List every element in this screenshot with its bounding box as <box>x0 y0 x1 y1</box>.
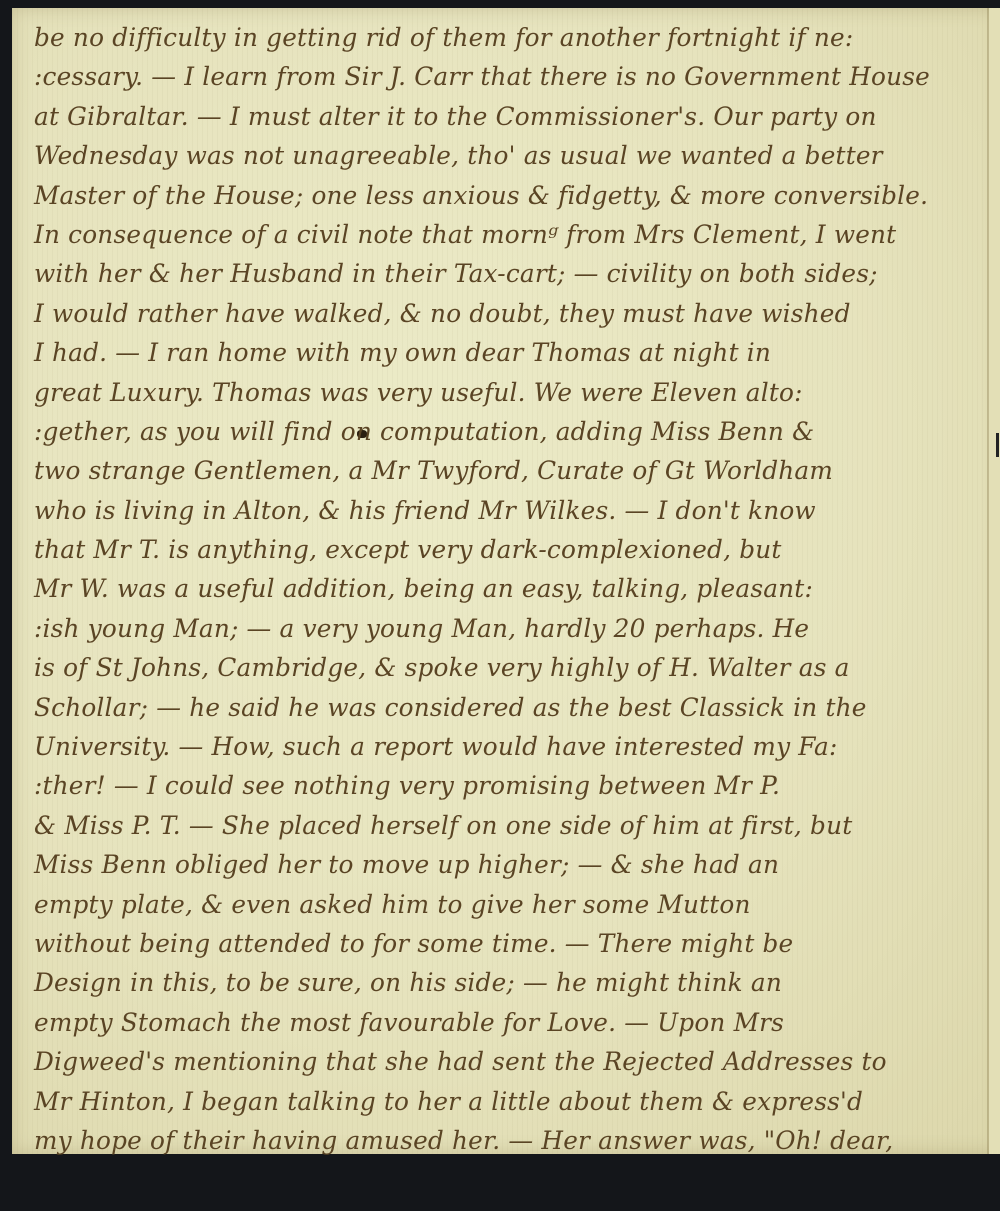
text-line: without being attended to for some time.… <box>34 924 984 963</box>
text-line: my hope of their having amused her. — He… <box>34 1121 984 1160</box>
text-line: In consequence of a civil note that morn… <box>34 215 984 254</box>
text-line: Mr W. was a useful addition, being an ea… <box>34 569 984 608</box>
text-line: :ther! — I could see nothing very promis… <box>34 766 984 805</box>
text-line: Miss Benn obliged her to move up higher;… <box>34 845 984 884</box>
letter-page: be no difficulty in getting rid of them … <box>12 8 1000 1154</box>
text-line: who is living in Alton, & his friend Mr … <box>34 491 984 530</box>
text-line: Mr Hinton, I began talking to her a litt… <box>34 1082 984 1121</box>
text-line: :gether, as you will find on computation… <box>34 412 984 451</box>
text-line: that Mr T. is anything, except very dark… <box>34 530 984 569</box>
text-line: Schollar; — he said he was considered as… <box>34 688 984 727</box>
text-line: great Luxury. Thomas was very useful. We… <box>34 373 984 412</box>
binding-mark <box>996 433 999 457</box>
handwritten-text: be no difficulty in getting rid of them … <box>34 18 994 1160</box>
text-line: I would rather have walked, & no doubt, … <box>34 294 984 333</box>
text-line: Design in this, to be sure, on his side;… <box>34 963 984 1002</box>
text-line: I had. — I ran home with my own dear Tho… <box>34 333 984 372</box>
text-line: at Gibraltar. — I must alter it to the C… <box>34 97 984 136</box>
text-line: University. — How, such a report would h… <box>34 727 984 766</box>
text-line: two strange Gentlemen, a Mr Twyford, Cur… <box>34 451 984 490</box>
text-line: :cessary. — I learn from Sir J. Carr tha… <box>34 57 984 96</box>
text-line: be no difficulty in getting rid of them … <box>34 18 984 57</box>
text-line: & Miss P. T. — She placed herself on one… <box>34 806 984 845</box>
text-line: Wednesday was not unagreeable, tho' as u… <box>34 136 984 175</box>
text-line: is of St Johns, Cambridge, & spoke very … <box>34 648 984 687</box>
text-line: empty plate, & even asked him to give he… <box>34 885 984 924</box>
text-line: :ish young Man; — a very young Man, hard… <box>34 609 984 648</box>
text-line: empty Stomach the most favourable for Lo… <box>34 1003 984 1042</box>
text-line: with her & her Husband in their Tax-cart… <box>34 254 984 293</box>
text-line: Master of the House; one less anxious & … <box>34 176 984 215</box>
text-line: Digweed's mentioning that she had sent t… <box>34 1042 984 1081</box>
